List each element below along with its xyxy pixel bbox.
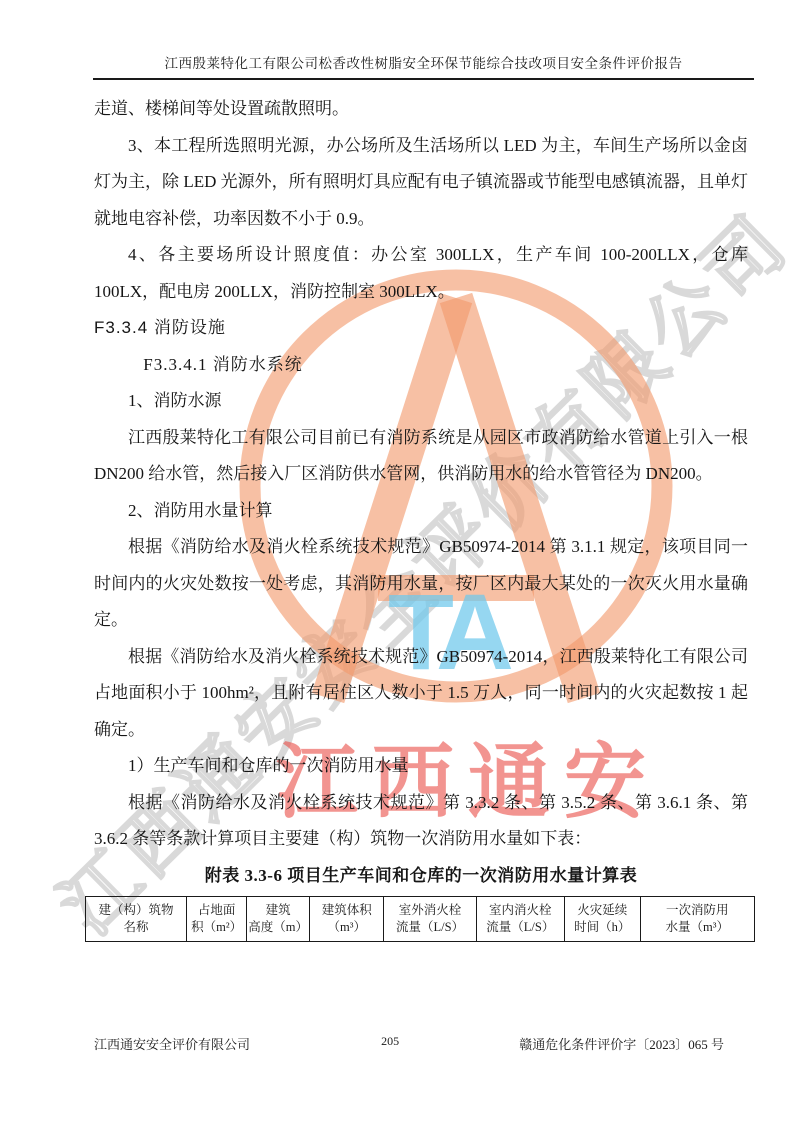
paragraph: 4、各主要场所设计照度值：办公室 300LLX，生产车间 100-200LLX，… bbox=[94, 237, 748, 310]
header-line: 流量（L/S） bbox=[396, 920, 464, 934]
paragraph: 3、本工程所选照明光源，办公场所及生活场所以 LED 为主，车间生产场所以金卤灯… bbox=[94, 128, 748, 238]
paragraph: 根据《消防给水及消火栓系统技术规范》GB50974-2014 第 3.1.1 规… bbox=[94, 529, 748, 639]
list-item-heading: 1）生产车间和仓库的一次消防用水量 bbox=[94, 748, 748, 785]
paragraph: 江西殷莱特化工有限公司目前已有消防系统是从园区市政消防给水管道上引入一根 DN2… bbox=[94, 420, 748, 493]
paragraph: 走道、楼梯间等处设置疏散照明。 bbox=[94, 91, 748, 128]
paragraph: 根据《消防给水及消火栓系统技术规范》GB50974-2014，江西殷莱特化工有限… bbox=[94, 639, 748, 749]
header-rule: 江西殷莱特化工有限公司松香改性树脂安全环保节能综合技改项目安全条件评价报告 bbox=[93, 52, 754, 80]
header-line: 火灾延续 bbox=[577, 903, 627, 917]
footer-company: 江西通安安全评价有限公司 bbox=[94, 1034, 250, 1053]
subsection-heading: F3.3.4.1 消防水系统 bbox=[94, 347, 748, 384]
table-title: 附表 3.3-6 项目生产车间和仓库的一次消防用水量计算表 bbox=[94, 860, 748, 892]
paragraph: 根据《消防给水及消火栓系统技术规范》第 3.3.2 条、第 3.5.2 条、第 … bbox=[94, 785, 748, 858]
col-header-fire-duration: 火灾延续 时间（h） bbox=[564, 896, 640, 941]
col-header-building-name: 建（构）筑物 名称 bbox=[86, 896, 187, 941]
report-header-title: 江西殷莱特化工有限公司松香改性树脂安全环保节能综合技改项目安全条件评价报告 bbox=[165, 56, 683, 71]
header-line: 建筑体积 bbox=[322, 903, 372, 917]
header-line: 一次消防用 bbox=[666, 903, 729, 917]
header-line: 时间（h） bbox=[574, 920, 630, 934]
footer-doc-number: 赣通危化条件评价字〔2023〕065 号 bbox=[519, 1034, 724, 1053]
header-line: 占地面 bbox=[198, 903, 236, 917]
col-header-land-area: 占地面 积（m²） bbox=[187, 896, 247, 941]
footer-page-number: 205 bbox=[381, 1034, 399, 1049]
header-line: 名称 bbox=[124, 920, 149, 934]
page-header: 江西殷莱特化工有限公司松香改性树脂安全环保节能综合技改项目安全条件评价报告 bbox=[0, 0, 794, 80]
header-line: 建筑 bbox=[266, 903, 291, 917]
document-body: 走道、楼梯间等处设置疏散照明。 3、本工程所选照明光源，办公场所及生活场所以 L… bbox=[94, 91, 748, 942]
col-header-outdoor-hydrant-flow: 室外消火栓 流量（L/S） bbox=[384, 896, 476, 941]
fire-water-calc-table: 建（构）筑物 名称 占地面 积（m²） 建筑 高度（m） 建筑体积 （m³） bbox=[85, 896, 755, 942]
header-line: 建（构）筑物 bbox=[99, 903, 174, 917]
report-page: 江西通安安全评价有限公司 TA 江西通安 江西殷莱特化工有限公司松香改性树脂安全… bbox=[0, 0, 794, 1123]
col-header-one-time-water: 一次消防用 水量（m³） bbox=[640, 896, 754, 941]
list-item-heading: 1、消防水源 bbox=[94, 383, 748, 420]
header-line: （m³） bbox=[327, 920, 365, 934]
header-line: 流量（L/S） bbox=[486, 920, 554, 934]
header-line: 水量（m³） bbox=[666, 920, 729, 934]
header-line: 积（m²） bbox=[191, 920, 242, 934]
list-item-heading: 2、消防用水量计算 bbox=[94, 493, 748, 530]
col-header-building-volume: 建筑体积 （m³） bbox=[310, 896, 384, 941]
header-line: 室外消火栓 bbox=[399, 903, 462, 917]
section-heading: F3.3.4 消防设施 bbox=[94, 310, 748, 347]
col-header-building-height: 建筑 高度（m） bbox=[247, 896, 310, 941]
header-line: 高度（m） bbox=[248, 920, 308, 934]
header-line: 室内消火栓 bbox=[489, 903, 552, 917]
table-header-row: 建（构）筑物 名称 占地面 积（m²） 建筑 高度（m） 建筑体积 （m³） bbox=[86, 896, 755, 941]
col-header-indoor-hydrant-flow: 室内消火栓 流量（L/S） bbox=[476, 896, 564, 941]
